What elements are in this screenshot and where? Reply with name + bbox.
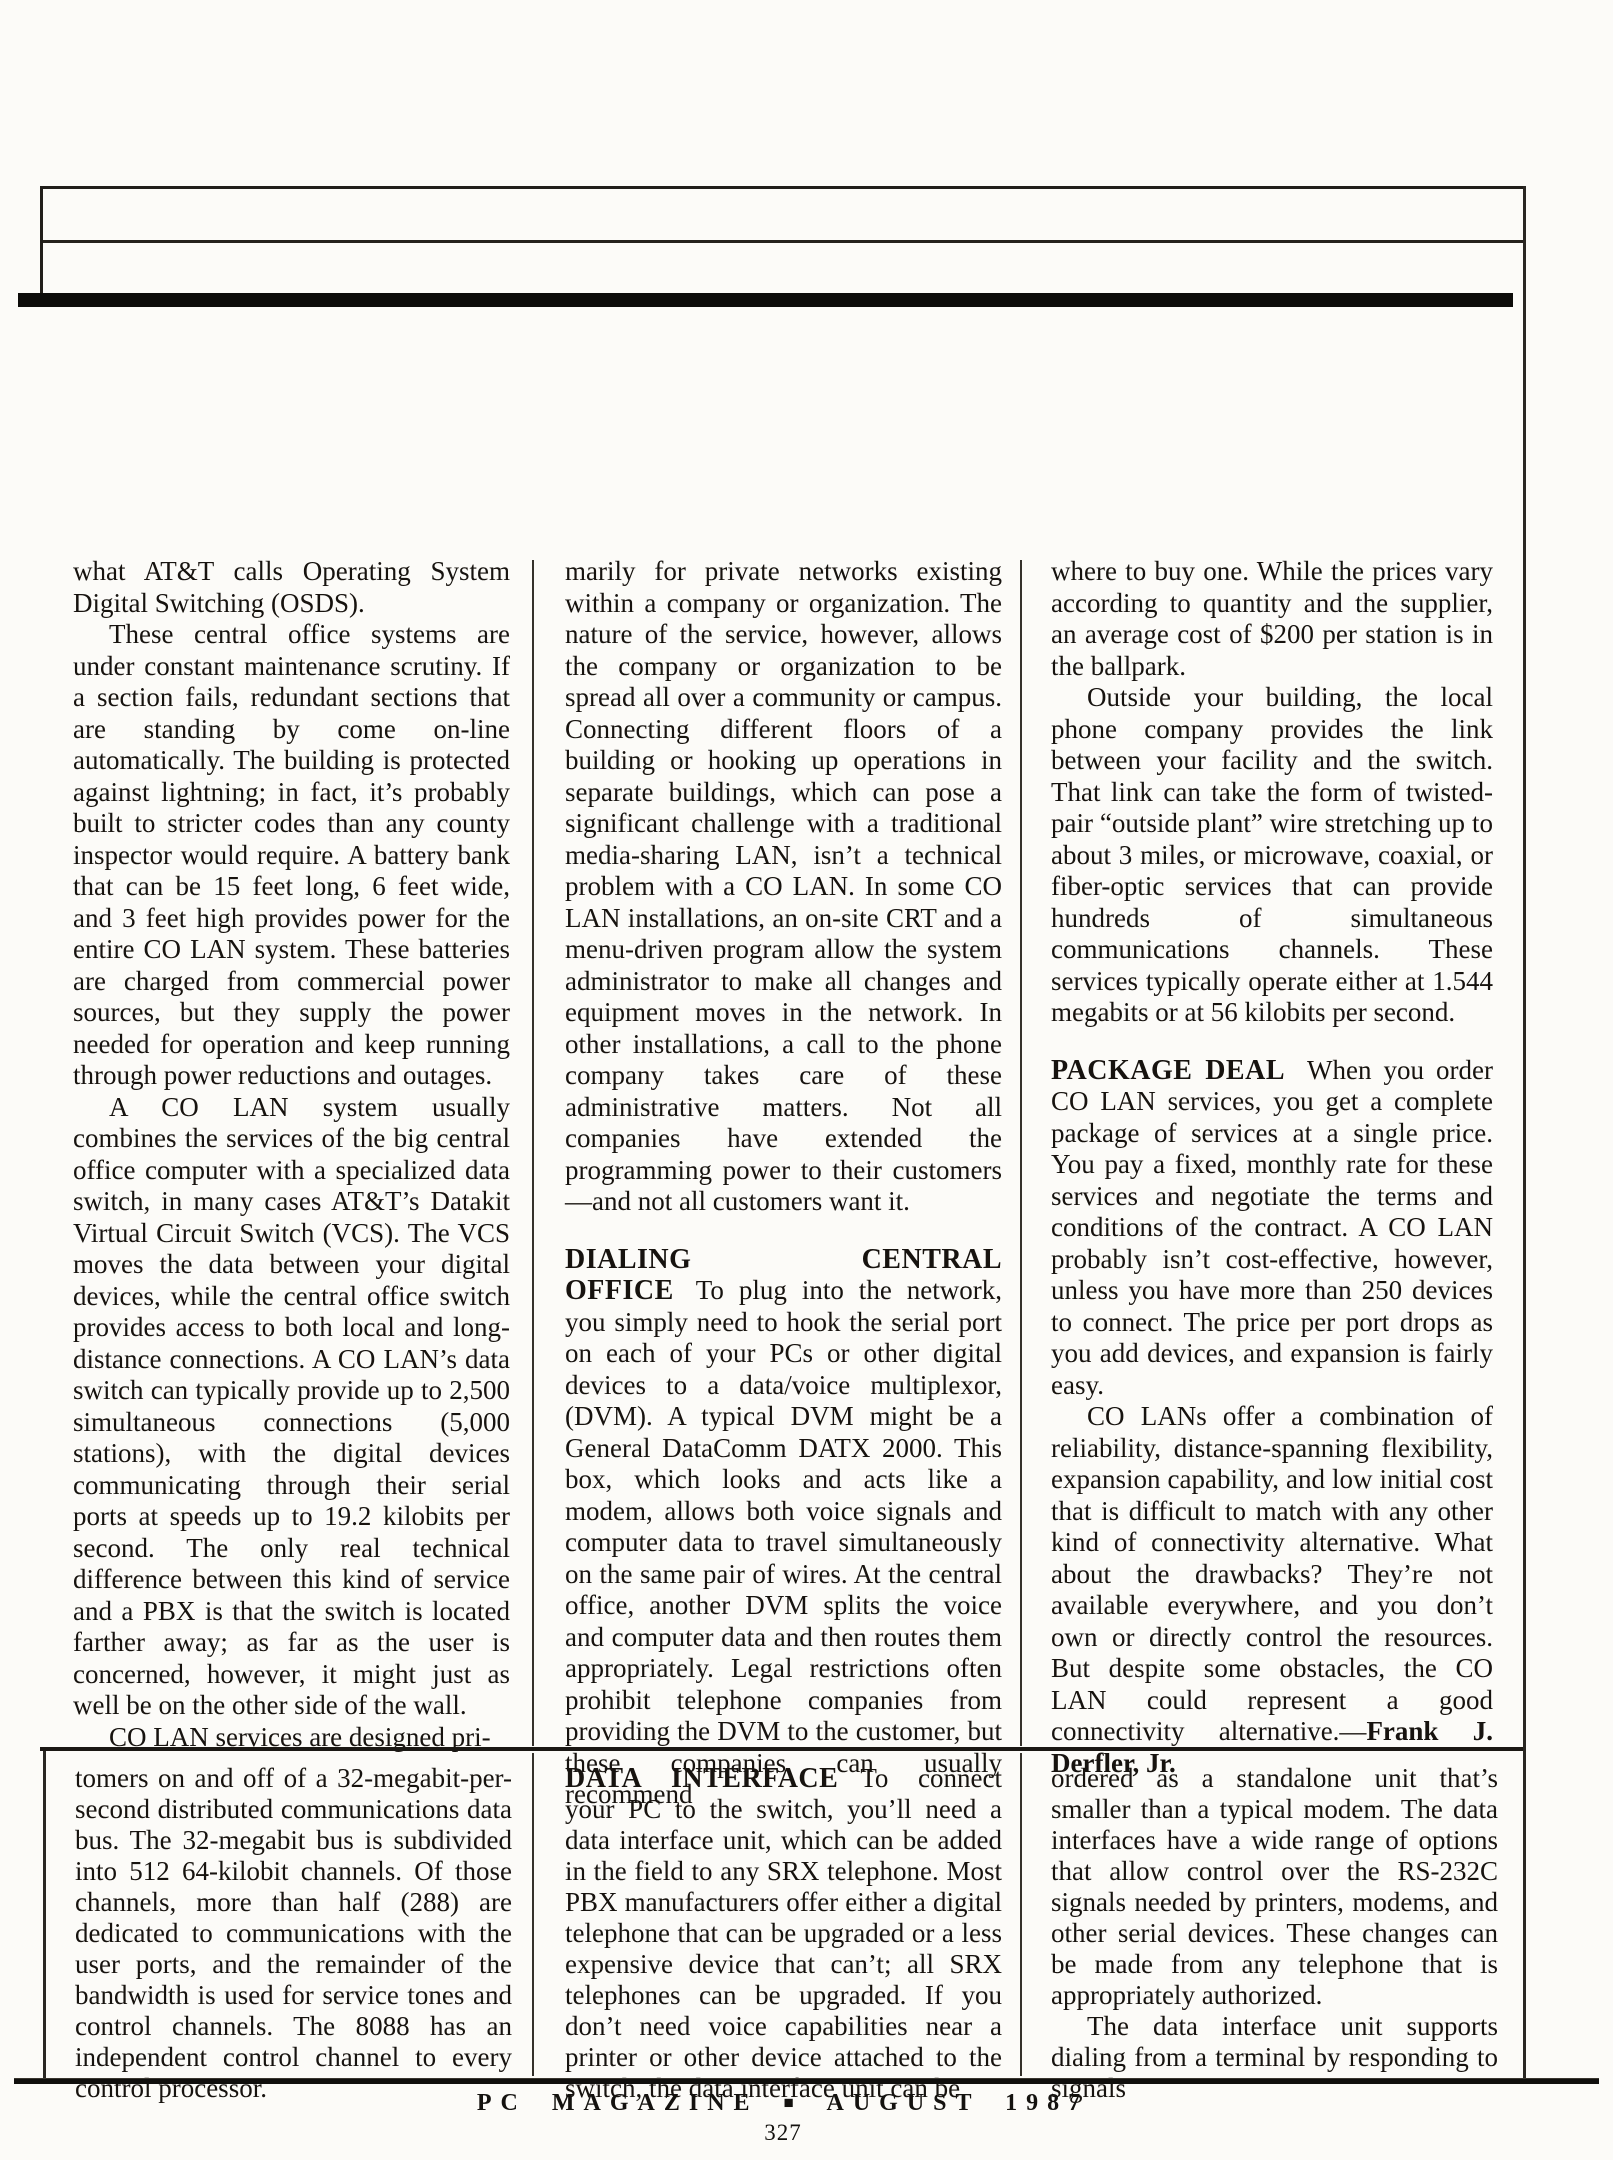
column-divider xyxy=(1020,1753,1022,2076)
paragraph: tomers on and off of a 32-megabit-per-se… xyxy=(75,1763,512,2104)
paragraph: To plug into the network, you simply nee… xyxy=(565,1275,1002,1809)
section-package-deal: PACKAGE DEALWhen you order CO LAN servic… xyxy=(1051,1055,1493,1402)
paragraph: A CO LAN system usually combines the ser… xyxy=(73,1092,510,1722)
magazine-page: what AT&T calls Operating System Digital… xyxy=(0,0,1613,2160)
footer-rule xyxy=(14,2078,1599,2084)
column-divider xyxy=(532,1753,534,2076)
section-dialing-central-office: DIALING CENTRAL OFFICETo plug into the n… xyxy=(565,1244,1002,1811)
header-thick-rule xyxy=(18,293,1513,307)
article-column-1: what AT&T calls Operating System Digital… xyxy=(73,556,510,1753)
section-heading: DATA INTERFACE xyxy=(565,1763,860,1794)
sidebar-column-2: DATA INTERFACETo connect your PC to the … xyxy=(565,1763,1002,2104)
paragraph: ordered as a standalone unit that’s smal… xyxy=(1051,1763,1498,2011)
closing-paragraph: CO LANs offer a combination of reliabili… xyxy=(1051,1401,1493,1779)
column-divider xyxy=(532,560,534,1746)
page-number: 327 xyxy=(40,2120,1526,2146)
column-divider xyxy=(1020,560,1022,1746)
article-column-3: where to buy one. While the prices vary … xyxy=(1051,556,1493,1779)
paragraph: To connect your PC to the switch, you’ll… xyxy=(565,1763,1002,2103)
paragraph: These central office systems are under c… xyxy=(73,619,510,1092)
footer-bullet-icon: ■ xyxy=(784,2093,803,2112)
issue-date: AUGUST 1987 xyxy=(827,2090,1090,2116)
section-data-interface: DATA INTERFACETo connect your PC to the … xyxy=(565,1763,1002,2104)
paragraph: marily for private networks existing wit… xyxy=(565,556,1002,1218)
header-inner-rule xyxy=(43,240,1523,243)
paragraph: what AT&T calls Operating System Digital… xyxy=(73,556,510,619)
sidebar-top-rule xyxy=(40,1747,1523,1751)
article-column-2: marily for private networks existing wit… xyxy=(565,556,1002,1811)
page-right-border xyxy=(1523,186,1526,2079)
section-heading: PACKAGE DEAL xyxy=(1051,1055,1307,1086)
paragraph: where to buy one. While the prices vary … xyxy=(1051,556,1493,682)
paragraph: Outside your building, the local phone c… xyxy=(1051,682,1493,1029)
magazine-name: PC MAGAZINE xyxy=(477,2090,759,2116)
sidebar-left-border xyxy=(43,1751,46,2078)
header-rule-box xyxy=(40,186,1523,293)
running-footer: PC MAGAZINE ■ AUGUST 1987 xyxy=(40,2090,1526,2117)
paragraph: When you order CO LAN services, you get … xyxy=(1051,1055,1493,1400)
sidebar-column-1: tomers on and off of a 32-megabit-per-se… xyxy=(75,1763,512,2104)
sidebar-column-3: ordered as a standalone unit that’s smal… xyxy=(1051,1763,1498,2104)
